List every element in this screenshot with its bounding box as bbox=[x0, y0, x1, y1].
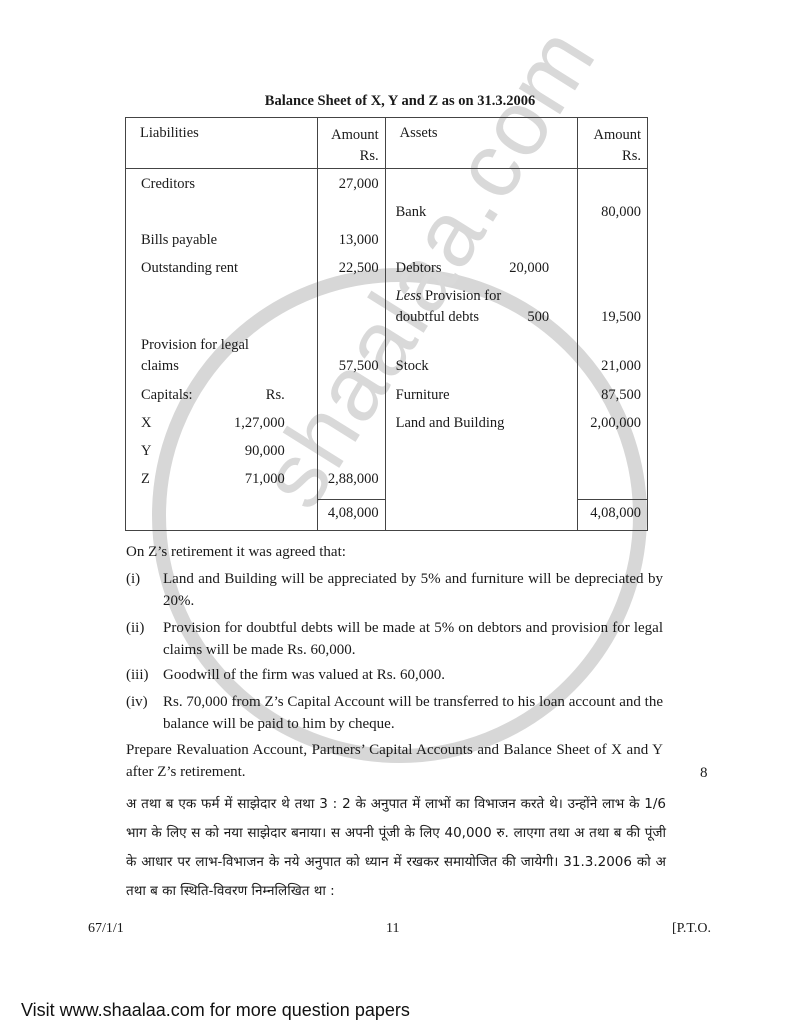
footer-pto: [P.T.O. bbox=[672, 921, 711, 937]
table-header-row: Liabilities AmountRs. Assets AmountRs. bbox=[126, 118, 648, 169]
capital-x-label: X bbox=[141, 415, 151, 432]
header-assets: Assets bbox=[386, 118, 578, 142]
footer-paper-code: 67/1/1 bbox=[88, 921, 124, 937]
condition-3-text: Goodwill of the firm was valued at Rs. 6… bbox=[163, 664, 663, 686]
asset-less-provision-line2: doubtful debts bbox=[396, 309, 479, 326]
condition-1-number: (i) bbox=[126, 568, 140, 590]
capital-x-value: 1,27,000 bbox=[234, 415, 285, 432]
balance-sheet-title: Balance Sheet of X, Y and Z as on 31.3.2… bbox=[0, 93, 800, 110]
liabilities-total: 4,08,000 bbox=[318, 500, 385, 522]
amount-bills-payable: 13,000 bbox=[339, 232, 379, 249]
condition-1-text: Land and Building will be appreciated by… bbox=[163, 568, 663, 612]
asset-land-building: Land and Building bbox=[396, 415, 505, 432]
asset-less-provision-line1: Less Provision for bbox=[396, 288, 502, 305]
header-amount-liabilities: AmountRs. bbox=[318, 118, 385, 167]
liability-outstanding-rent: Outstanding rent bbox=[141, 260, 238, 277]
liabilities-column: Creditors Bills payable Outstanding rent… bbox=[126, 169, 317, 499]
liability-bills-payable: Bills payable bbox=[141, 232, 217, 249]
condition-2-text: Provision for doubtful debts will be mad… bbox=[163, 617, 663, 661]
capitals-label: Capitals: bbox=[141, 387, 193, 404]
assets-amount-column: 80,000 19,500 21,000 87,500 2,00,000 bbox=[578, 169, 647, 499]
amount-bank: 80,000 bbox=[601, 204, 641, 221]
footer-page-number: 11 bbox=[386, 921, 399, 937]
liability-legal-claims-line1: Provision for legal bbox=[141, 337, 249, 354]
condition-2-number: (ii) bbox=[126, 617, 144, 639]
table-body-row: Creditors Bills payable Outstanding rent… bbox=[126, 169, 648, 500]
assets-column: Bank Debtors 20,000 Less Provision for d… bbox=[386, 169, 578, 499]
header-amount-assets: AmountRs. bbox=[578, 118, 647, 167]
asset-bank: Bank bbox=[396, 204, 427, 221]
condition-3-number: (iii) bbox=[126, 664, 149, 686]
asset-debtors: Debtors bbox=[396, 260, 442, 277]
balance-sheet-table: Liabilities AmountRs. Assets AmountRs. C… bbox=[125, 117, 648, 531]
question-intro: On Z’s retirement it was agreed that: bbox=[126, 541, 346, 563]
amount-stock: 21,000 bbox=[601, 358, 641, 375]
capital-y-value: 90,000 bbox=[245, 443, 285, 460]
question-instruction: Prepare Revaluation Account, Partners’ C… bbox=[126, 739, 663, 783]
asset-provision-value: 500 bbox=[527, 309, 549, 326]
condition-4-number: (iv) bbox=[126, 691, 148, 713]
liability-creditors: Creditors bbox=[141, 176, 195, 193]
question-marks: 8 bbox=[700, 762, 708, 784]
capital-y-label: Y bbox=[141, 443, 151, 460]
liabilities-amount-column: 27,000 13,000 22,500 57,500 2,88,000 bbox=[318, 169, 385, 499]
hindi-question-paragraph: अ तथा ब एक फर्म में साझेदार थे तथा 3 : 2… bbox=[126, 790, 666, 906]
asset-debtors-value: 20,000 bbox=[509, 260, 549, 277]
amount-debtors-net: 19,500 bbox=[601, 309, 641, 326]
liability-legal-claims-line2: claims bbox=[141, 358, 179, 375]
assets-total: 4,08,000 bbox=[578, 500, 647, 522]
site-banner-link[interactable]: Visit www.shaalaa.com for more question … bbox=[21, 1000, 410, 1021]
amount-legal-claims: 57,500 bbox=[339, 358, 379, 375]
capitals-unit: Rs. bbox=[266, 387, 285, 404]
capital-z-label: Z bbox=[141, 471, 150, 488]
amount-outstanding-rent: 22,500 bbox=[339, 260, 379, 277]
amount-capitals-total: 2,88,000 bbox=[328, 471, 379, 488]
header-liabilities: Liabilities bbox=[126, 118, 317, 142]
amount-furniture: 87,500 bbox=[601, 387, 641, 404]
asset-stock: Stock bbox=[396, 358, 429, 375]
amount-land-building: 2,00,000 bbox=[590, 415, 641, 432]
table-total-row: 4,08,000 4,08,000 bbox=[126, 500, 648, 531]
condition-4-text: Rs. 70,000 from Z’s Capital Account will… bbox=[163, 691, 663, 735]
amount-creditors: 27,000 bbox=[339, 176, 379, 193]
asset-furniture: Furniture bbox=[396, 387, 450, 404]
capital-z-value: 71,000 bbox=[245, 471, 285, 488]
